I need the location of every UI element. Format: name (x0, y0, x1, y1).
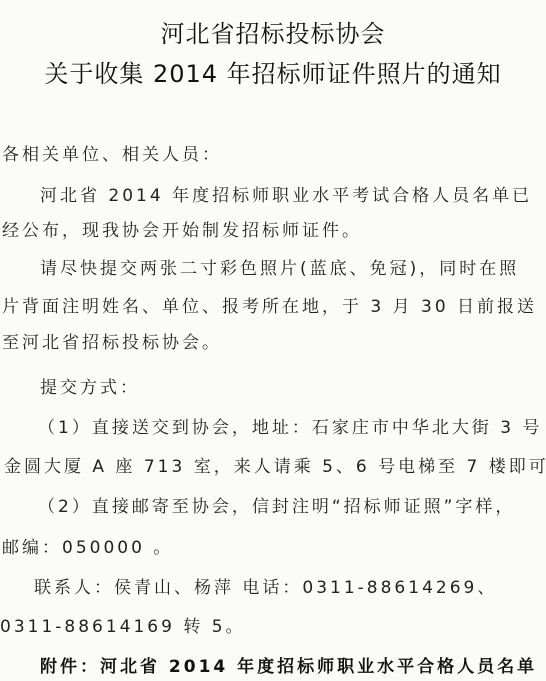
paragraph2-line3: 至河北省招标投标协会。 (2, 328, 222, 353)
method1-line1: （1）直接送交到协会，地址：石家庄市中华北大街 3 号 (38, 413, 542, 438)
method2-line1: （2）直接邮寄至协会，信封注明“招标师证照”字样， (38, 492, 515, 517)
method2-line2: 邮编：050000 。 (2, 533, 173, 558)
submission-heading: 提交方式： (40, 373, 140, 398)
attachment-note: 附件：河北省 2014 年度招标师职业水平合格人员名单 (40, 652, 537, 677)
contact-line1: 联系人：侯青山、杨萍 电话：0311-88614269、 (34, 573, 497, 598)
contact-line2: 0311-88614169 转 5。 (0, 612, 246, 637)
method1-line2: 金圆大厦 A 座 713 室，来人请乘 5、6 号电梯至 7 楼即可。 (4, 452, 546, 477)
notice-document: 河北省招标投标协会 关于收集 2014 年招标师证件照片的通知 各相关单位、相关… (0, 0, 546, 681)
title-notice: 关于收集 2014 年招标师证件照片的通知 (0, 54, 546, 89)
title-organization: 河北省招标投标协会 (0, 14, 546, 49)
paragraph2-line2: 片背面注明姓名、单位、报考所在地，于 3 月 30 日前报送 (2, 292, 537, 317)
salutation: 各相关单位、相关人员： (2, 140, 222, 165)
paragraph2-line1: 请尽快提交两张二寸彩色照片(蓝底、免冠)，同时在照 (40, 254, 519, 279)
paragraph1-line1: 河北省 2014 年度招标师职业水平考试合格人员名单已 (40, 181, 532, 206)
paragraph1-line2: 经公布，现我协会开始制发招标师证件。 (2, 216, 362, 241)
